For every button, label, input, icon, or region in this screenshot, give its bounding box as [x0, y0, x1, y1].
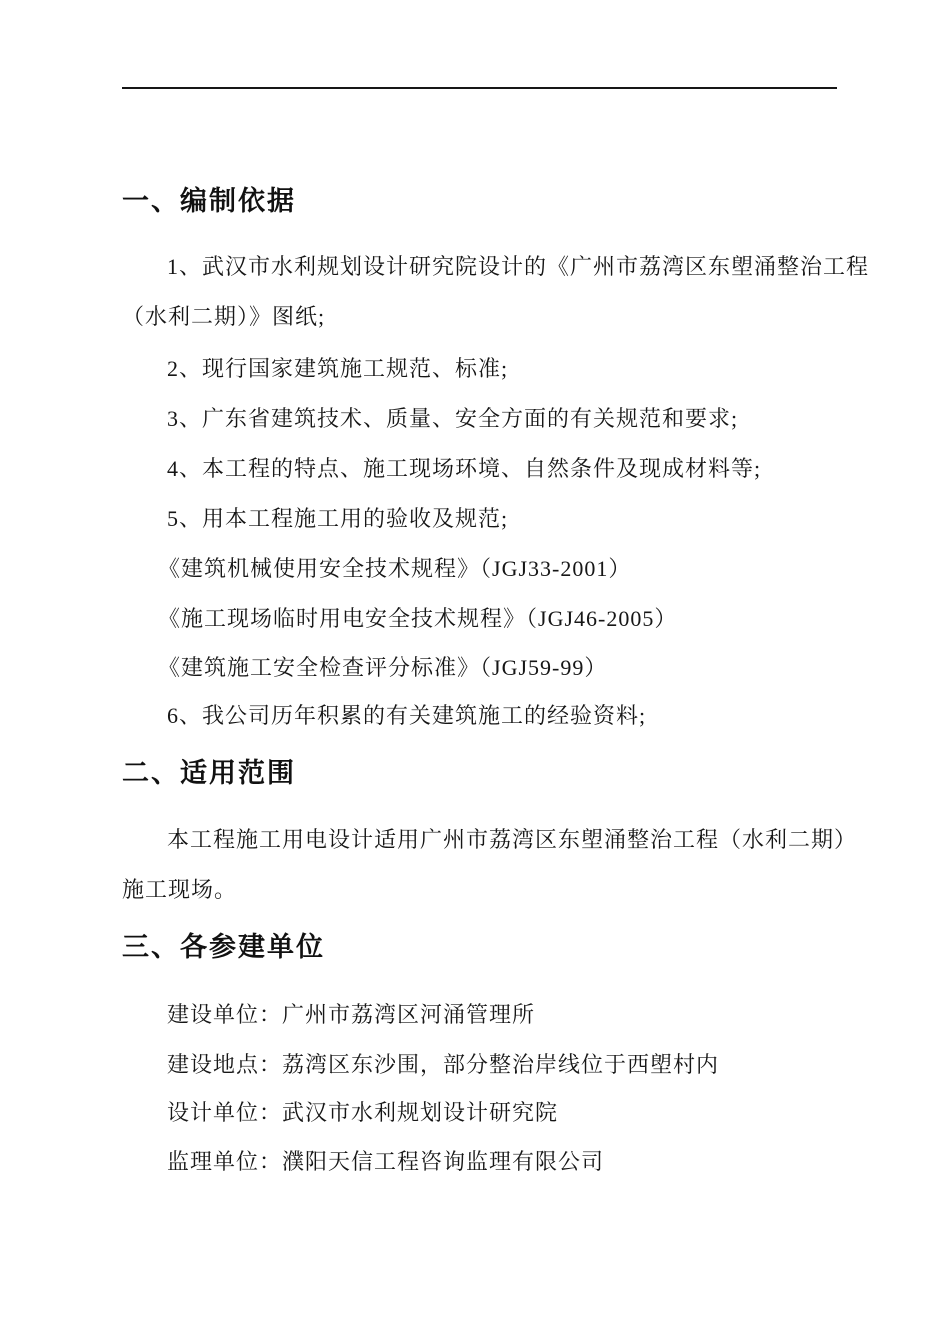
section-1-line-1: 1、武汉市水利规划设计研究院设计的《广州市荔湾区东塱涌整治工程	[167, 254, 869, 280]
section-2-heading: 二、适用范围	[122, 759, 296, 789]
document-body: 一、编制依据 1、武汉市水利规划设计研究院设计的《广州市荔湾区东塱涌整治工程 （…	[122, 0, 838, 1344]
section-3-line-construction-unit: 建设单位：广州市荔湾区河涌管理所	[167, 1002, 535, 1028]
section-1-line-2: （水利二期）》图纸;	[122, 304, 325, 330]
section-1-heading: 一、编制依据	[122, 187, 296, 217]
section-3-line-site-location: 建设地点：荔湾区东沙围，部分整治岸线位于西塱村内	[167, 1052, 719, 1078]
document-page: 一、编制依据 1、武汉市水利规划设计研究院设计的《广州市荔湾区东塱涌整治工程 （…	[0, 0, 950, 1344]
section-1-line-4: 3、广东省建筑技术、质量、安全方面的有关规范和要求;	[167, 406, 738, 432]
section-1-line-7: 《建筑机械使用安全技术规程》（JGJ33-2001）	[158, 556, 631, 582]
section-2-line-1: 本工程施工用电设计适用广州市荔湾区东塱涌整治工程（水利二期）	[167, 827, 857, 853]
section-1-line-6: 5、用本工程施工用的验收及规范;	[167, 506, 508, 532]
section-1-line-9: 《建筑施工安全检查评分标准》（JGJ59-99）	[158, 655, 607, 681]
section-3-heading: 三、各参建单位	[122, 933, 325, 963]
section-1-line-3: 2、现行国家建筑施工规范、标准;	[167, 356, 508, 382]
section-1-line-10: 6、我公司历年积累的有关建筑施工的经验资料;	[167, 703, 646, 729]
section-3-line-design-unit: 设计单位：武汉市水利规划设计研究院	[167, 1100, 558, 1126]
section-3-line-supervision-unit: 监理单位：濮阳天信工程咨询监理有限公司	[167, 1149, 604, 1175]
section-1-line-5: 4、本工程的特点、施工现场环境、自然条件及现成材料等;	[167, 456, 761, 482]
section-1-line-8: 《施工现场临时用电安全技术规程》（JGJ46-2005）	[158, 606, 677, 632]
section-2-line-2: 施工现场。	[122, 877, 237, 903]
